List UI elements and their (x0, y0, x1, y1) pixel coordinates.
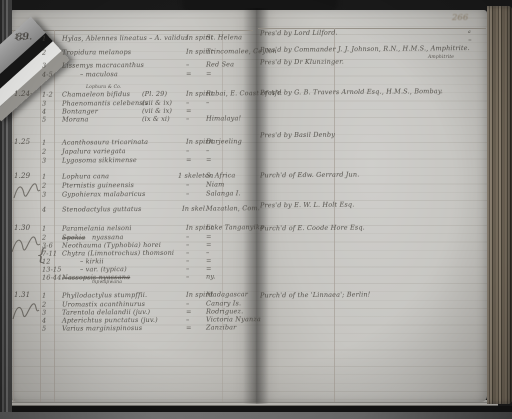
species-name: nyassana (92, 233, 124, 241)
locality: S. Africa (206, 171, 235, 179)
column-line-right-page (334, 28, 335, 402)
locality: Darjeeling (206, 137, 242, 145)
condition: – (186, 99, 189, 107)
plate-reference: (ix & xi) (142, 115, 170, 123)
condition: – (186, 300, 189, 308)
entry-number: 1.31 (14, 291, 40, 299)
acquisition-note: Pres'd by Dr Klunzinger. (260, 58, 344, 67)
condition: = (186, 308, 192, 316)
condition: – (186, 181, 189, 189)
locality: Himalaya! (206, 114, 241, 122)
species-name: Phyllodactylus stumpffii. (62, 291, 147, 300)
margin-tick: = (468, 39, 472, 44)
locality: = (206, 156, 212, 164)
condition: – (186, 147, 189, 155)
species-name: Hylas, Ablennes lineatus – A. validus. (62, 34, 191, 43)
margin-tick: a (468, 30, 471, 35)
specimen-number: 1-2 (42, 91, 53, 99)
ledger-row: 2 Tropidura melanops In spirit Trincomal… (40, 47, 255, 58)
specimen-number: 4 (42, 317, 46, 325)
specimen-number: 12 (42, 258, 51, 266)
specimen-number: 13-15 (42, 266, 62, 274)
condition: – (186, 241, 189, 249)
entry-number: 1.29 (14, 172, 40, 180)
specimen-number: 5 (42, 325, 46, 333)
species-name: Acanthosaura tricarinata (62, 138, 148, 147)
column-line (222, 30, 223, 402)
condition: – (186, 249, 189, 257)
locality: Red Sea (206, 60, 234, 68)
top-margin-rule-left (12, 30, 253, 31)
species-name: – kirkii (80, 257, 104, 265)
species-name: Bontanger (62, 107, 98, 115)
table-surface (0, 412, 512, 419)
species-name: Paramelania nelsoni (62, 224, 132, 232)
plate-reference: (vii & ix) (142, 99, 172, 107)
specimen-number: 1 (42, 225, 46, 233)
locality: = (206, 257, 212, 265)
condition: – (186, 190, 189, 198)
condition: – (186, 233, 189, 241)
specimen-number: 2 (42, 301, 46, 309)
registrar-initials-scribble (11, 299, 41, 325)
species-name: Morana (62, 115, 89, 123)
locality: Zanzibar (206, 323, 236, 331)
specimen-number: 2 (42, 49, 46, 57)
acquisition-note: Pres'd by Basil Denby (260, 131, 335, 140)
ledger-row: 5 Varius marginispinosus = Zanzibar (40, 323, 255, 334)
acquisition-note: Purch'd of Edw. Gerrard Jun. (260, 171, 360, 180)
species-name: Lygosoma sikkimense (62, 156, 137, 165)
condition: = (186, 70, 192, 78)
right-page-number: 266 (452, 13, 468, 23)
species-name: Tropidura melanops (62, 48, 131, 56)
specimen-number: 1 (42, 35, 46, 43)
plate-reference: (Pl. 29) (142, 90, 167, 98)
entry-number: 1.30 (14, 224, 40, 232)
ledger-row: 1 Hylas, Ablennes lineatus – A. validus.… (40, 33, 255, 44)
entry-number: 1.21 (14, 33, 40, 41)
locality: = (206, 241, 212, 249)
species-name: Gypohierax malabaricus (62, 190, 146, 199)
plate-reference: (vii & ix) (142, 107, 172, 115)
acquisition-note: Pres'd by G. B. Travers Arnold Esq., H.M… (260, 87, 443, 97)
specimen-number: 3-6 (42, 242, 53, 250)
interlinear-note: mpwapwana (92, 280, 122, 285)
condition: In skel. (182, 205, 207, 213)
column-line (54, 30, 55, 402)
specimen-number: 1 (42, 292, 46, 300)
condition: – (186, 316, 189, 324)
condition: – (186, 257, 189, 265)
specimen-number: 1 (42, 173, 46, 181)
locality: Canary Is. (206, 299, 241, 307)
locality: Salanga I. (206, 189, 241, 197)
acquisition-note: Purch'd of the 'Linnaea'; Berlin! (260, 291, 371, 300)
entry-number: 1.24- (14, 90, 40, 98)
specimen-number: 1 (42, 139, 46, 147)
condition: – (186, 265, 189, 273)
specimen-number: 3 (42, 309, 46, 317)
specimen-number: 5 (42, 116, 46, 124)
species-name: Japalura variegata (62, 147, 126, 155)
condition: = (186, 324, 192, 332)
condition: = (186, 156, 192, 164)
specimen-number: 3 (42, 157, 46, 165)
ledger-row: 5 Morana (ix & xi) – Himalaya! (40, 114, 255, 125)
locality: St. Helena (206, 33, 242, 41)
specimen-number: 2 (42, 182, 46, 190)
specimen-number: 2 (42, 148, 46, 156)
photo-of-register-spread: 89. 266 1.21 1 Hylas, Ablennes lineatus … (0, 0, 512, 419)
locality: ny. (206, 273, 216, 281)
species-name: Pternistis guineensis (62, 181, 134, 190)
condition: – (186, 273, 189, 281)
ledger-row: 4 Stenodactylus guttatus In skel. Mazatl… (40, 204, 255, 215)
specimen-number: 4 (42, 206, 46, 214)
condition: – (186, 115, 189, 123)
ledger-row: 4-5 – maculosa = = (40, 69, 255, 80)
specimen-number: 3 (42, 100, 46, 108)
locality: – (206, 147, 209, 155)
acquisition-note: Pres'd by E. W. L. Holt Esq. (260, 201, 355, 210)
species-name: Lophura cana (62, 172, 109, 180)
specimen-number: 4 (42, 108, 46, 116)
locality: – (206, 99, 209, 107)
locality: = (206, 265, 212, 273)
specimen-number: 7-11 (42, 250, 57, 258)
condition: = (186, 107, 192, 115)
locality: Niam (206, 180, 224, 188)
acquisition-note: Pres'd by Lord Lilford. (260, 29, 338, 38)
specimen-number: 2 (42, 234, 46, 242)
locality: Mazatlan, Com. (206, 204, 260, 212)
species-name-struck: Spekia (62, 233, 85, 241)
specimen-number: 16-44 (42, 274, 62, 282)
ledger-row: 3 Lygosoma sikkimense = = (40, 155, 255, 166)
note-correction: Amphitrite (428, 55, 454, 60)
species-name: Varius marginispinosus (62, 324, 142, 333)
entry-number: 1.25 (14, 138, 40, 146)
locality: Madagascar (206, 290, 248, 298)
specimen-number: 3 (42, 62, 46, 70)
specimen-number: 3 (42, 191, 46, 199)
specimen-number: 4-5 (42, 71, 53, 79)
acquisition-note: Purch'd of E. Coode Hore Esq. (260, 224, 365, 233)
species-name: Lissemys macracanthus (62, 61, 144, 70)
species-name: – maculosa (80, 70, 118, 78)
locality: Lake Tanganyika (206, 223, 264, 231)
locality: = (206, 233, 212, 241)
locality: – (206, 249, 209, 257)
condition: – (186, 61, 189, 69)
species-name: Stenodactylus guttatus (62, 205, 142, 214)
fore-edge-page-stack (487, 6, 512, 404)
ledger-row: 16-44 Nassopsis nyassana – ny. (40, 272, 255, 283)
registrar-initials-scribble (12, 180, 42, 204)
locality: Rodriguez. (206, 307, 243, 315)
ledger-row: 3 Gypohierax malabaricus – Salanga I. (40, 189, 255, 200)
species-name: Chamaeleon bifidus (62, 90, 130, 98)
locality: = (206, 70, 212, 78)
